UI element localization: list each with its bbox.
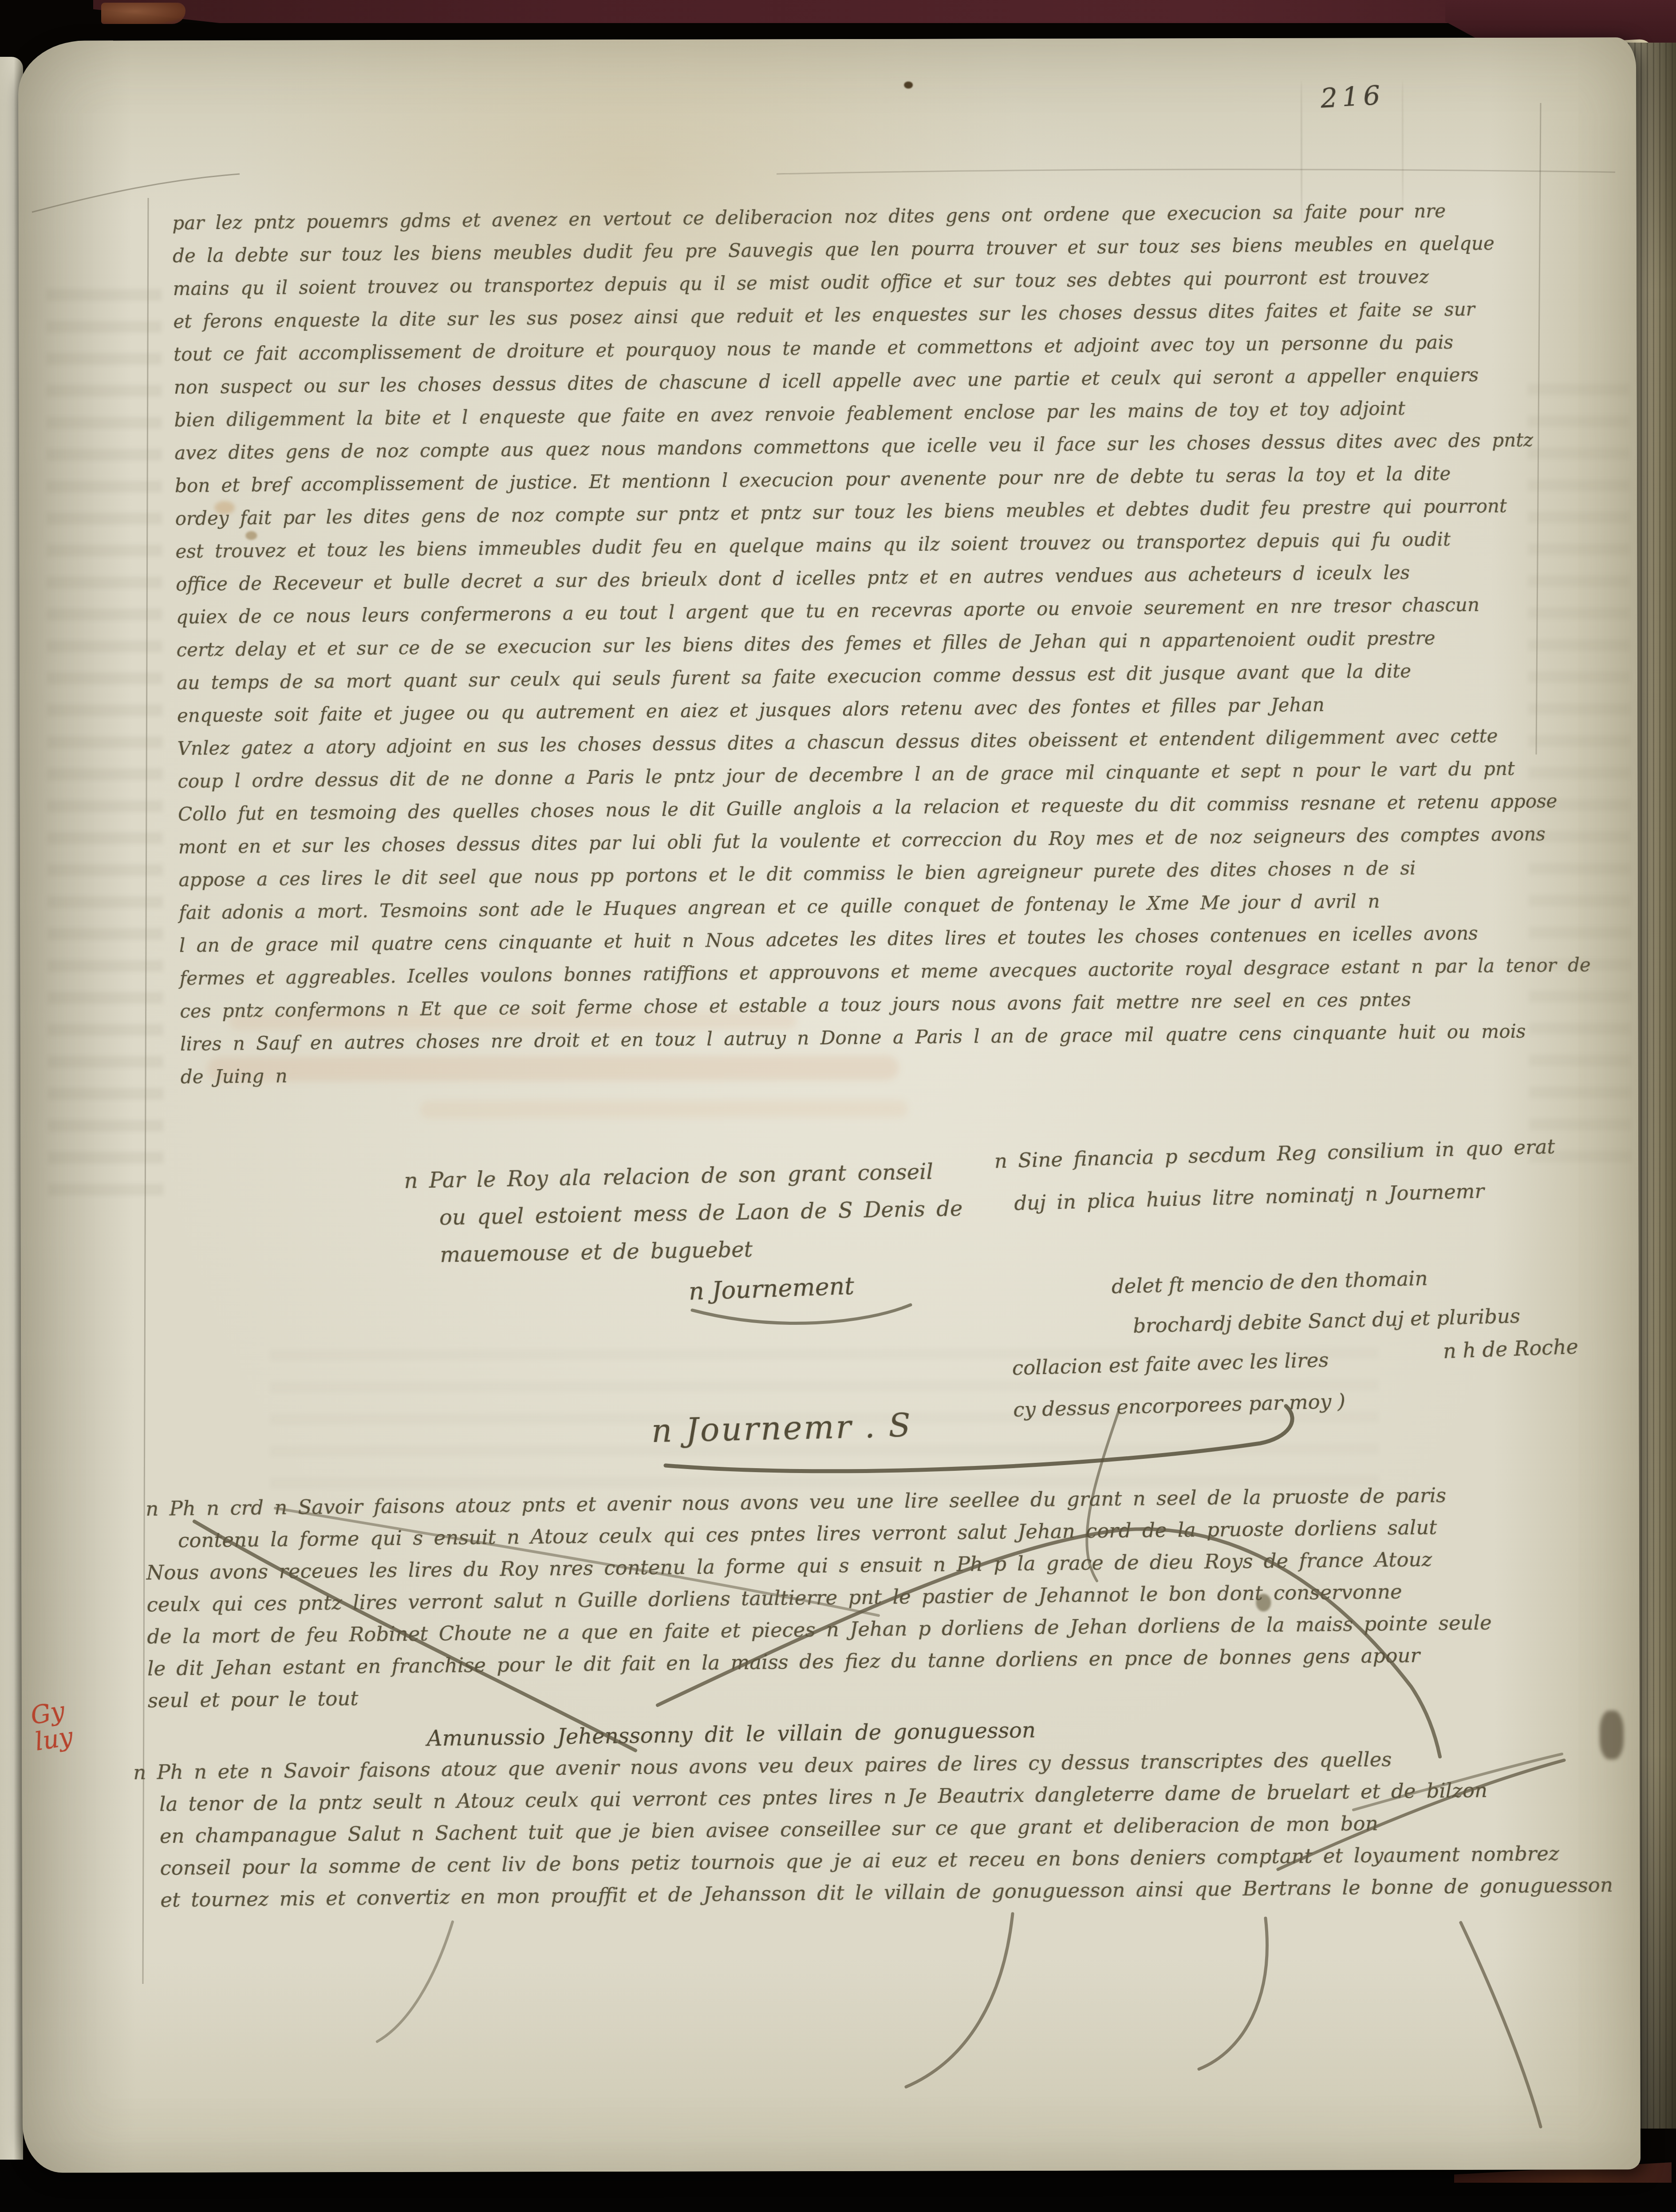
binding-top-edge xyxy=(93,0,1676,23)
act1-text-block: par lez pntz pouemrs gdms et avenez en v… xyxy=(172,194,1503,1094)
manuscript-line: cy dessus encorporees par moy ) xyxy=(1013,1380,1346,1431)
verso-bleed-through xyxy=(46,289,163,1213)
chain-line xyxy=(1402,80,1404,213)
latin-chamber-note: n Sine financia p secdum Reg consilium i… xyxy=(994,1125,1557,1225)
manuscript-photograph: 216 par lez pntz pouemrs gdms et avenez … xyxy=(0,0,1676,2212)
collation-note: collacion est faite avec les lirescy des… xyxy=(1012,1339,1346,1431)
manuscript-line: luy xyxy=(33,1723,75,1756)
leather-binding-fragment xyxy=(101,3,185,24)
red-margin-note: Gyluy xyxy=(29,1697,75,1756)
act2-text-block-cancelled: n Ph n crd n Savoir faisons atouz pnts e… xyxy=(146,1479,1492,1717)
folio-number: 216 xyxy=(1320,80,1385,114)
verso-bleed-through xyxy=(1528,383,1632,1182)
ink-fleck xyxy=(904,82,913,89)
latin-memo-note: delet ft mencio de den thomainbrochardj … xyxy=(1111,1256,1521,1347)
act3-text-block: n Ph n ete n Savoir faisons atouz que av… xyxy=(133,1741,1613,1916)
notary-signature: n Journemr . S xyxy=(651,1407,913,1450)
royal-chancery-note: n Par le Roy ala relacion de son grant c… xyxy=(404,1153,963,1274)
red-chalk-smear xyxy=(420,1100,908,1118)
collation-signature: n h de Roche xyxy=(1443,1335,1578,1363)
chancery-signature: n Journement xyxy=(688,1272,855,1306)
